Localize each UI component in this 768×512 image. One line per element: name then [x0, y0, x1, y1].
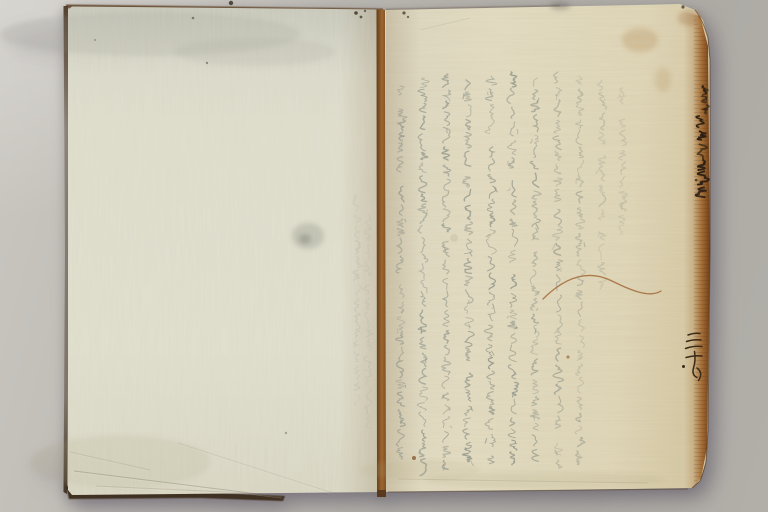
fiber-strand [543, 275, 661, 299]
photo-of-open-book [0, 0, 768, 512]
left-page-blank [68, 6, 384, 496]
calligraphy-columns [353, 72, 627, 476]
open-book [0, 1, 710, 501]
fore-edge-outline [692, 10, 710, 488]
fore-edge-fold [684, 12, 710, 488]
binding-gutter [377, 10, 389, 493]
book-cover-edge-top-right [386, 5, 560, 11]
book-cover-edge-bottom [66, 486, 285, 501]
ink-specks [94, 1, 685, 460]
book-cover-edge-left [64, 6, 70, 494]
right-page-bottom-edge [388, 489, 688, 492]
binding-gutter-bottom [377, 490, 386, 497]
right-page [385, 4, 710, 492]
left-page-fiber-texture [68, 6, 384, 496]
fore-edge-stacked-pages [694, 16, 709, 485]
book-illustration [0, 0, 768, 512]
stains [0, 2, 702, 488]
book-cover-edge-top [66, 5, 383, 13]
right-page-laid-texture [386, 4, 710, 492]
page-number-mark [682, 333, 702, 380]
edge-title-calligraphy [695, 86, 709, 197]
paper-creases [70, 18, 648, 498]
